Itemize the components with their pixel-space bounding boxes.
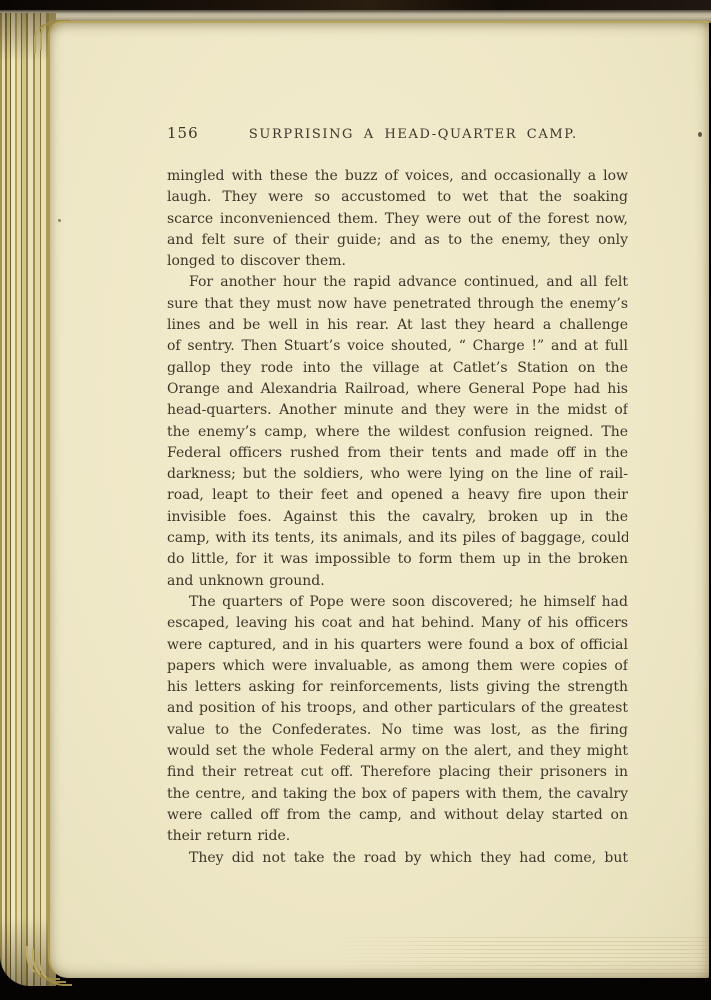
text-line: the centre, and taking the box of papers… [167, 784, 628, 805]
page-number: 156 [167, 124, 199, 142]
text-line: of sentry. Then Stuart’s voice shouted, … [167, 336, 628, 357]
text-line: and felt sure of their guide; and as to … [167, 230, 628, 251]
text-line: lines and be well in his rear. At last t… [167, 315, 628, 336]
text-line: mingled with these the buzz of voices, a… [167, 166, 628, 187]
text-line: the enemy’s camp, where the wildest conf… [167, 422, 628, 443]
text-line: Orange and Alexandria Railroad, where Ge… [167, 379, 628, 400]
text-line: escaped, leaving his coat and hat behind… [167, 613, 628, 634]
text-line: were called off from the camp, and witho… [167, 805, 628, 826]
text-line: find their retreat cut off. Therefore pl… [167, 762, 628, 783]
foxing-speck [698, 132, 702, 137]
text-line: papers which were invaluable, as among t… [167, 656, 628, 677]
printed-content: 156 SURPRISING A HEAD-QUARTER CAMP. ming… [167, 124, 628, 869]
text-line: For another hour the rapid advance conti… [167, 272, 628, 293]
text-line: were captured, and in his quarters were … [167, 635, 628, 656]
text-line: darkness; but the soldiers, who were lyi… [167, 464, 628, 485]
text-line: The quarters of Pope were soon discovere… [167, 592, 628, 613]
book-page: 156 SURPRISING A HEAD-QUARTER CAMP. ming… [48, 21, 709, 978]
fore-edge-streaks [327, 934, 709, 978]
text-line: longed to discover them. [167, 251, 628, 272]
text-line: They did not take the road by which they… [167, 848, 628, 869]
text-line: road, leapt to their feet and opened a h… [167, 485, 628, 506]
text-line: gallop they rode into the village at Cat… [167, 358, 628, 379]
text-line: sure that they must now have penetrated … [167, 294, 628, 315]
paragraph: The quarters of Pope were soon discovere… [167, 592, 628, 848]
text-line: scarce inconvenienced them. They were ou… [167, 209, 628, 230]
paragraph: For another hour the rapid advance conti… [167, 272, 628, 591]
text-line: would set the whole Federal army on the … [167, 741, 628, 762]
text-block: mingled with these the buzz of voices, a… [167, 166, 628, 869]
text-line: their return ride. [167, 826, 628, 847]
text-line: head-quarters. Another minute and they w… [167, 400, 628, 421]
book-scan: 156 SURPRISING A HEAD-QUARTER CAMP. ming… [0, 0, 711, 1000]
paragraph: They did not take the road by which they… [167, 848, 628, 869]
text-line: laugh. They were so accustomed to wet th… [167, 187, 628, 208]
text-line: do little, for it was impossible to form… [167, 549, 628, 570]
text-line: invisible foes. Against this the cavalry… [167, 507, 628, 528]
text-line: value to the Confederates. No time was l… [167, 720, 628, 741]
text-line: his letters asking for reinforcements, l… [167, 677, 628, 698]
running-head: SURPRISING A HEAD-QUARTER CAMP. [199, 127, 628, 142]
text-line: and position of his troops, and other pa… [167, 698, 628, 719]
page-header: 156 SURPRISING A HEAD-QUARTER CAMP. [167, 124, 628, 142]
text-line: camp, with its tents, its animals, and i… [167, 528, 628, 549]
text-line: and unknown ground. [167, 571, 628, 592]
paragraph: mingled with these the buzz of voices, a… [167, 166, 628, 272]
text-line: Federal officers rushed from their tents… [167, 443, 628, 464]
foxing-speck [58, 219, 61, 222]
